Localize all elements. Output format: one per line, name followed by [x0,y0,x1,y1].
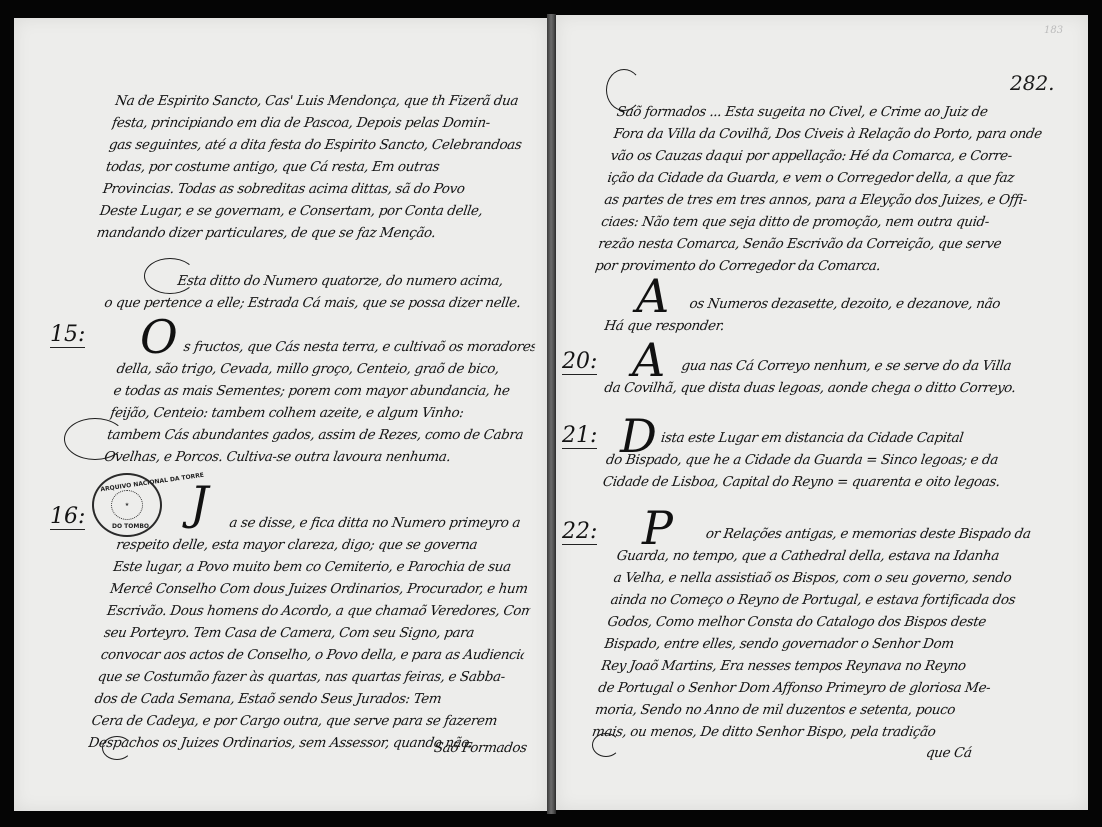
text-line: os Numeros dezasette, dezoito, e dezanov… [606,293,1041,315]
text-line: s fructos, que Cás nesta terra, e cultiv… [118,336,536,358]
flourish-decoration [64,418,126,460]
flourish-decoration [102,736,132,760]
text-line: tambem Cás abundantes gados, assim de Re… [106,424,524,446]
right-manuscript-page: 183 282. Saõ formados ... Esta sugeita n… [556,15,1088,810]
text-line: a se disse, e fica ditta no Numero prime… [118,512,544,534]
text-line: feijão, Centeio: tambem colhem azeite, e… [109,402,527,424]
faint-folio-number: 183 [1044,25,1063,36]
text-line: rezão nesta Comarca, Senão Escrivão da C… [597,233,1032,255]
text-line: Cera de Cadeya, e por Cargo outra, que s… [90,710,516,732]
text-line: ista este Lugar em distancia da Cidade C… [608,427,1043,449]
text-line: ição da Cidade da Guarda, e vem o Correg… [606,167,1041,189]
paragraph-number-15: 15: [50,324,85,348]
paragraph-15-text: s fructos, que Cás nesta terra, e cultiv… [103,336,537,468]
text-line: de Portugal o Senhor Dom Affonso Primeyr… [597,677,1032,699]
text-line: e todas as mais Sementes; porem com mayo… [112,380,530,402]
text-line: da Covilhã, que dista duas legoas, aonde… [603,377,1038,399]
paragraph-number-22: 22: [562,521,597,545]
text-line: Rey Joaõ Martins, Era nesses tempos Reyn… [600,655,1035,677]
text-line: Bispado, entre elles, sendo governador o… [603,633,1038,655]
text-line: Fora da Villa da Covilhã, Dos Civeis à R… [612,123,1047,145]
paragraph-21-text: ista este Lugar em distancia da Cidade C… [601,427,1042,493]
text-line: Este lugar, a Povo muito bem co Cemiteri… [112,556,538,578]
text-line: Na de Espirito Sancto, Cas' Luis Mendonç… [114,90,538,112]
text-line: Cidade de Lisboa, Capital do Reyno = qua… [601,471,1036,493]
paragraph-22-text: or Relações antigas, e memorias deste Bi… [591,523,1054,743]
folio-number: 282. [1010,71,1055,95]
text-line: moria, Sendo no Anno de mil duzentos e s… [594,699,1029,721]
text-line: Provincias. Todas as sobreditas acima di… [101,178,525,200]
text-line: ainda no Começo o Reyno de Portugal, e e… [609,589,1044,611]
text-line: as partes de tres em tres annos, para a … [603,189,1038,211]
text-line: que se Costumão fazer às quartas, nas qu… [96,666,522,688]
left-top-text-block: Na de Espirito Sancto, Cas' Luis Mendonç… [95,90,538,244]
text-line: convocar aos actos de Conselho, o Povo d… [99,644,525,666]
text-line: festa, principiando em dia de Pascoa, De… [111,112,535,134]
text-line: Esta ditto do Numero quatorze, do numero… [106,270,530,292]
text-line: a Velha, e nella assistiaõ os Bispos, co… [612,567,1047,589]
text-line: ciaes: Não tem que seja ditto de promoçã… [600,211,1035,233]
text-line: Godos, Como melhor Consta do Catalogo do… [606,611,1041,633]
paragraph-number-20: 20: [562,351,597,375]
paragraph-number-21: 21: [562,425,597,449]
catchword: que Cá [925,745,973,761]
flourish-decoration [592,733,620,757]
paragraph-17-19-text: os Numeros dezasette, dezoito, e dezanov… [603,293,1041,337]
catchword: Saõ Formados [433,740,528,756]
text-line: Saõ formados ... Esta sugeita no Civel, … [615,101,1050,123]
paragraph-16-text: a se disse, e fica ditta no Numero prime… [87,512,544,754]
stamp-top-text: ARQUIVO NACIONAL DA TORRE [100,472,204,493]
text-line: Deste Lugar, e se governam, e Consertam,… [98,200,522,222]
text-line: Escrivão. Dous homens do Acordo, a que c… [106,600,532,622]
text-line: dos de Cada Semana, Estaõ sendo Seus Jur… [93,688,519,710]
text-line: or Relações antigas, e memorias deste Bi… [618,523,1053,545]
text-line: della, são trigo, Cevada, millo groço, C… [115,358,533,380]
text-line: respeito delle, esta mayor clareza, digo… [115,534,541,556]
text-line: mandando dizer particulares, de que se f… [95,222,519,244]
text-line: Guarda, no tempo, que a Cathedral della,… [615,545,1050,567]
paragraph-20-text: gua nas Cá Correyo nenhum, e se serve do… [603,355,1041,399]
text-line: mais, ou menos, De ditto Senhor Bispo, p… [591,721,1026,743]
text-line: vão os Cauzas daqui por appellação: Hé d… [609,145,1044,167]
right-top-text-block: Saõ formados ... Esta sugeita no Civel, … [594,101,1051,277]
book-gutter [547,14,556,814]
text-line: seu Porteyro. Tem Casa de Camera, Com se… [102,622,528,644]
text-line: Ovelhas, e Porcos. Cultiva-se outra lavo… [103,446,521,468]
left-manuscript-page: Na de Espirito Sancto, Cas' Luis Mendonç… [14,18,547,811]
text-line: gas seguintes, até a dita festa do Espir… [108,134,532,156]
text-line: todas, por costume antigo, que Cá resta,… [104,156,528,178]
text-line: do Bispado, que he a Cidade da Guarda = … [604,449,1039,471]
text-line: gua nas Cá Correyo nenhum, e se serve do… [606,355,1041,377]
text-line: Mercê Conselho Com dous Juizes Ordinario… [109,578,535,600]
paragraph-number-16: 16: [50,506,85,530]
text-line: Há que responder. [603,315,1038,337]
left-intro-paragraph: Esta ditto do Numero quatorze, do numero… [103,270,530,314]
